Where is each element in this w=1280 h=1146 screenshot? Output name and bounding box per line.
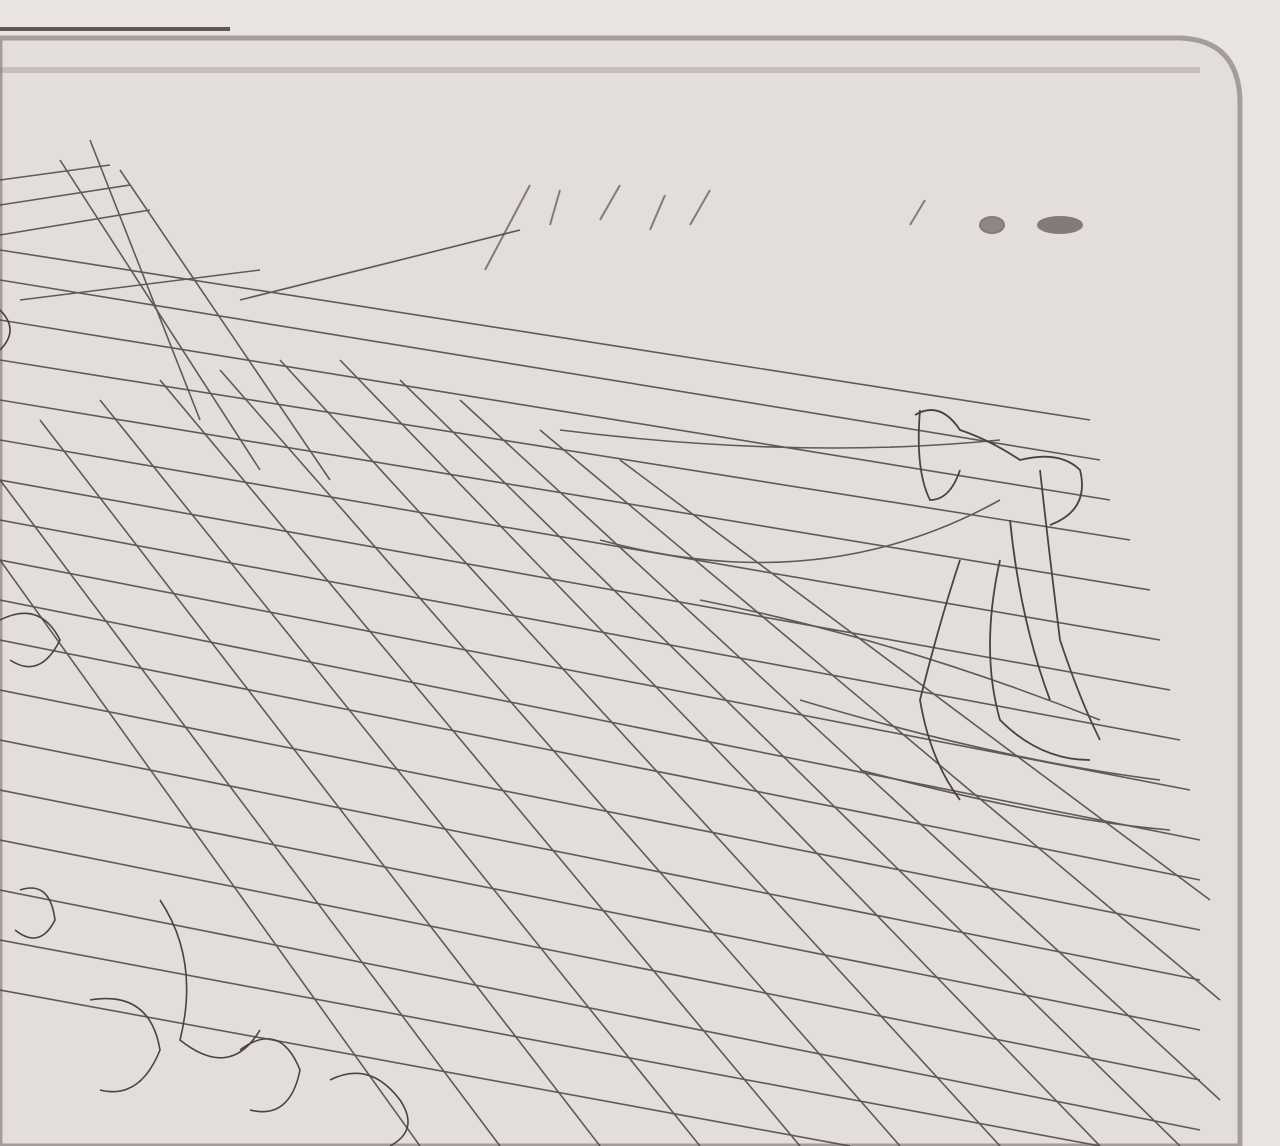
etching-artwork bbox=[0, 0, 1280, 1146]
